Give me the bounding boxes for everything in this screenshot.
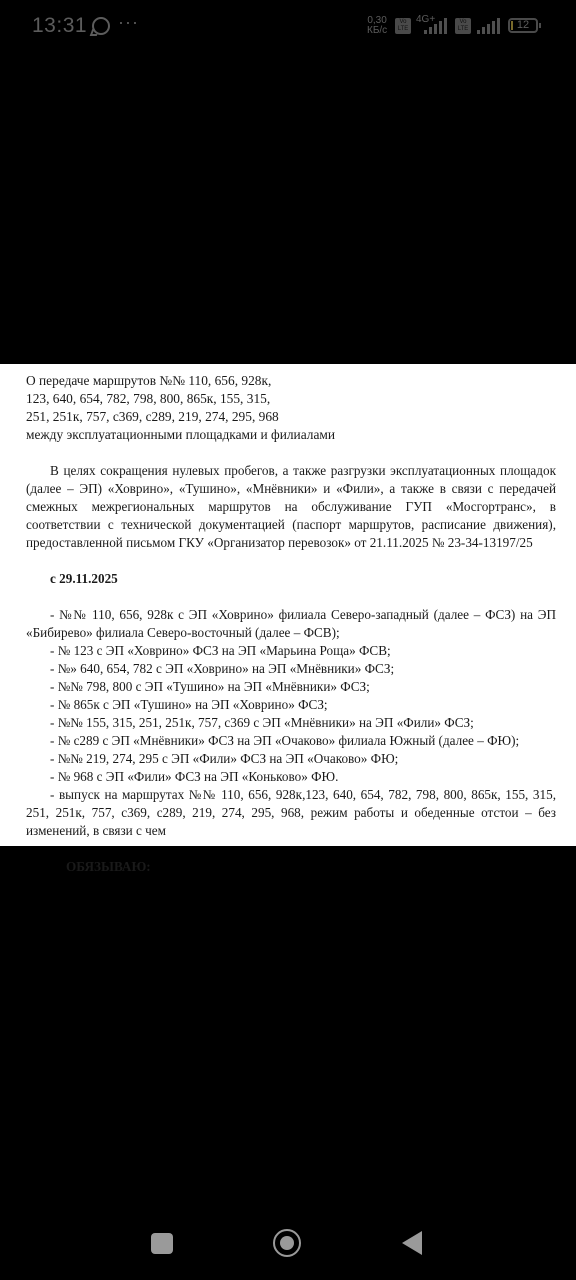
list-item: - № 865к с ЭП «Тушино» на ЭП «Ховрино» Ф… bbox=[26, 696, 556, 714]
transfer-list: - №№ 110, 656, 928к с ЭП «Ховрино» филиа… bbox=[26, 606, 556, 840]
recent-apps-button[interactable] bbox=[151, 1233, 173, 1254]
volte-icon: Vo LTE bbox=[395, 18, 411, 34]
network-speed-unit: КБ/с bbox=[367, 26, 387, 36]
list-item: - № 123 с ЭП «Ховрино» ФСЗ на ЭП «Марьин… bbox=[26, 642, 556, 660]
battery-icon: 12 bbox=[508, 18, 538, 33]
document-content: О передаче маршрутов №№ 110, 656, 928к, … bbox=[26, 372, 556, 876]
document-image[interactable]: О передаче маршрутов №№ 110, 656, 928к, … bbox=[0, 364, 576, 846]
list-item: - № с289 с ЭП «Мнёвники» ФСЗ на ЭП «Очак… bbox=[26, 732, 556, 750]
list-item: - №№ 155, 315, 251, 251к, 757, с369 с ЭП… bbox=[26, 714, 556, 732]
more-notifications-icon: ··· bbox=[118, 12, 139, 33]
effective-date: с 29.11.2025 bbox=[50, 570, 556, 588]
title-line: между эксплуатационными площадками и фил… bbox=[26, 426, 556, 444]
title-line: 251, 251к, 757, с369, с289, 219, 274, 29… bbox=[26, 408, 556, 426]
document-title: О передаче маршрутов №№ 110, 656, 928к, … bbox=[26, 372, 556, 444]
whatsapp-icon bbox=[92, 17, 110, 35]
list-item: - № 968 с ЭП «Фили» ФСЗ на ЭП «Коньково»… bbox=[26, 768, 556, 786]
back-button[interactable] bbox=[402, 1231, 422, 1255]
signal-strength-icon bbox=[424, 18, 447, 34]
list-item: - выпуск на маршрутах №№ 110, 656, 928к,… bbox=[26, 786, 556, 840]
intro-paragraph: В целях сокращения нулевых пробегов, а т… bbox=[26, 462, 556, 552]
status-bar: 13:31 ··· 0,30 КБ/с Vo LTE 4G+ Vo LTE 12 bbox=[0, 0, 576, 56]
title-line: О передаче маршрутов №№ 110, 656, 928к, bbox=[26, 372, 556, 390]
list-item: - №№ 798, 800 с ЭП «Тушино» на ЭП «Мнёвн… bbox=[26, 678, 556, 696]
obligation-heading: ОБЯЗЫВАЮ: bbox=[66, 858, 556, 876]
list-item: - №№ 110, 656, 928к с ЭП «Ховрино» филиа… bbox=[26, 606, 556, 642]
status-time: 13:31 bbox=[32, 14, 87, 38]
network-speed: 0,30 КБ/с bbox=[367, 16, 387, 36]
title-line: 123, 640, 654, 782, 798, 800, 865к, 155,… bbox=[26, 390, 556, 408]
signal-strength-icon-sim2 bbox=[477, 18, 500, 34]
volte-icon-sim2: Vo LTE bbox=[455, 18, 471, 34]
home-button[interactable] bbox=[273, 1229, 301, 1257]
list-item: - №№ 219, 274, 295 с ЭП «Фили» ФСЗ на ЭП… bbox=[26, 750, 556, 768]
list-item: - №» 640, 654, 782 с ЭП «Ховрино» на ЭП … bbox=[26, 660, 556, 678]
navigation-bar bbox=[0, 1210, 576, 1280]
